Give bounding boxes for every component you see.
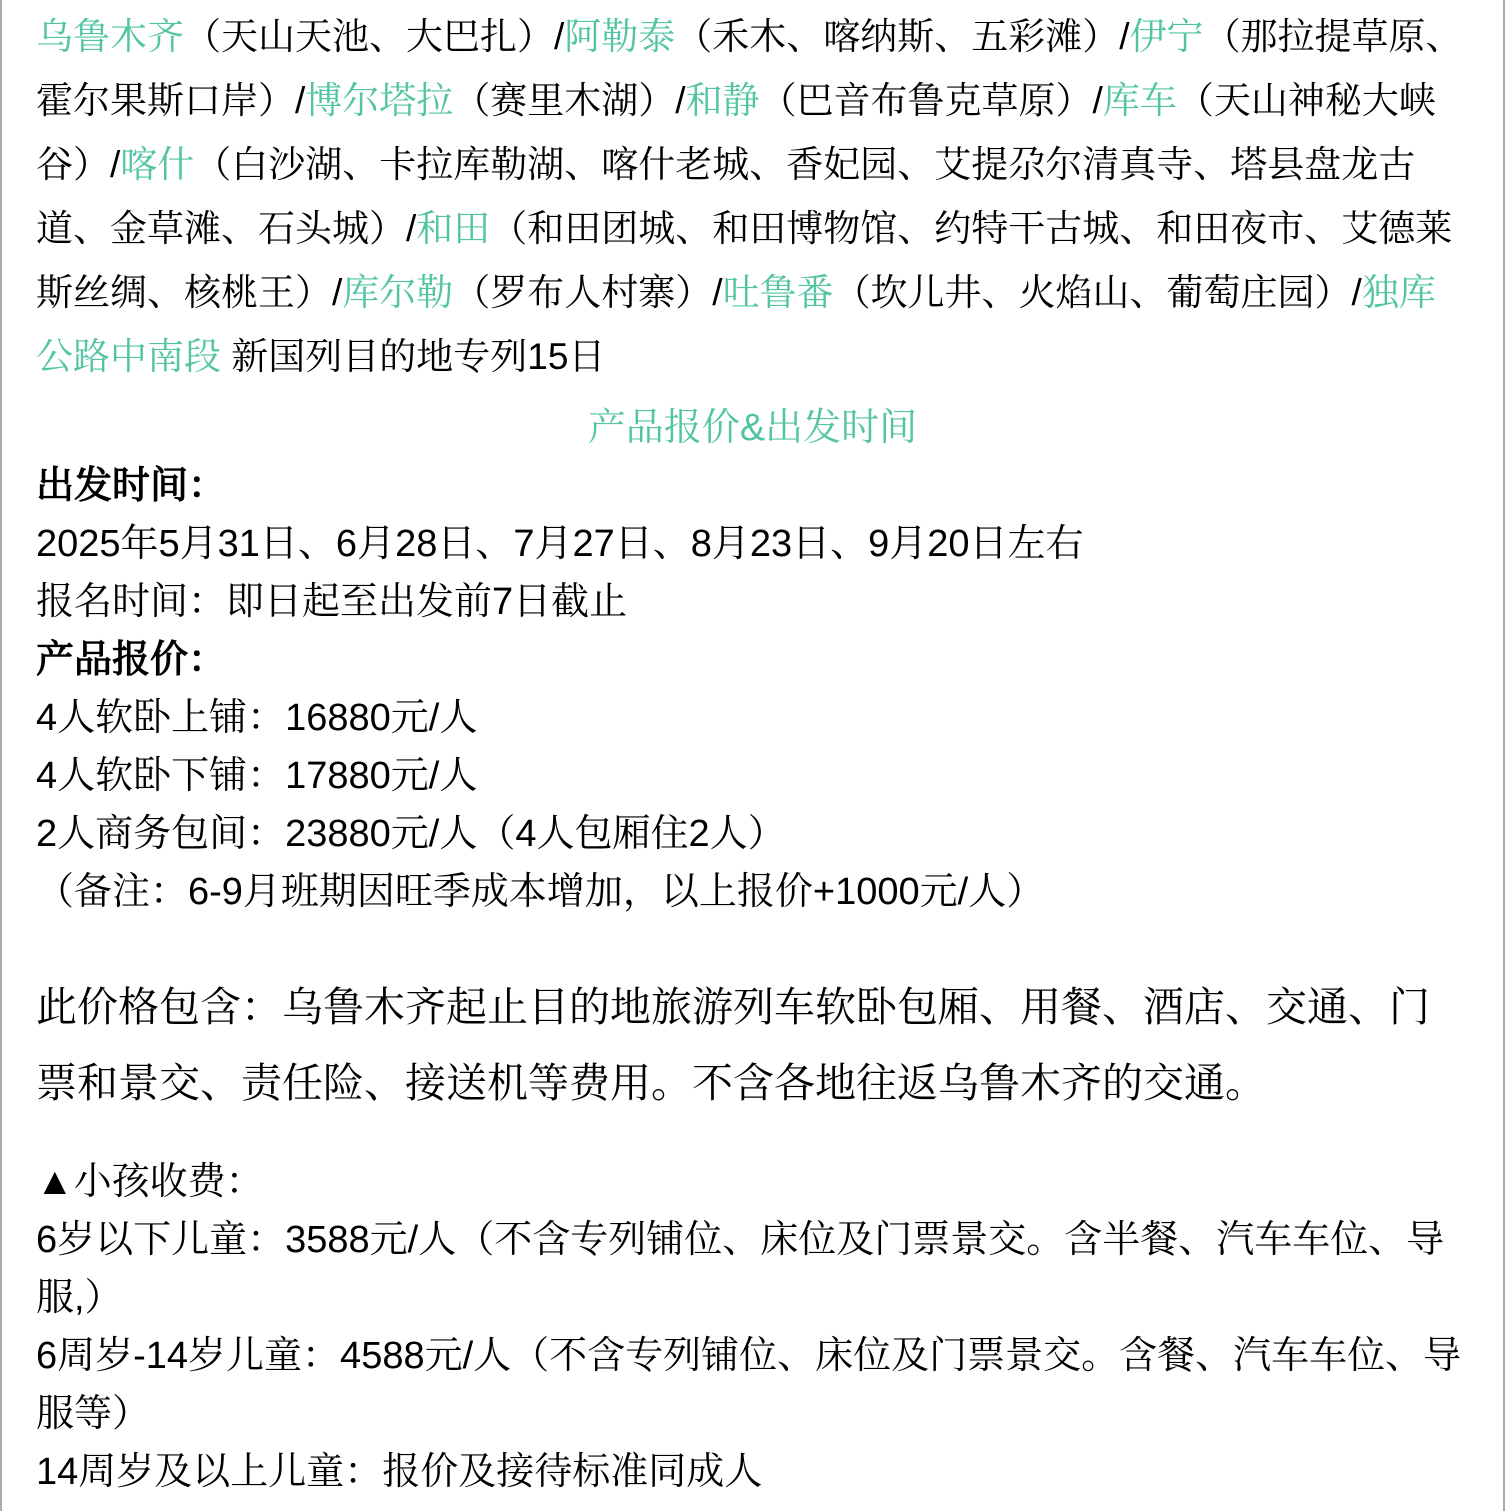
child-fee-under-6: 6岁以下儿童：3588元/人（不含专列铺位、床位及门票景交。含半餐、汽车车位、导…	[36, 1211, 1469, 1327]
destination-detail: （禾木、喀纳斯、五彩滩）/	[675, 16, 1129, 57]
destination-name: 乌鲁木齐	[36, 16, 184, 57]
departure-time-label: 出发时间：	[36, 457, 1469, 515]
destination-detail: （罗布人村寨）/	[453, 272, 722, 313]
price-includes-paragraph: 此价格包含：乌鲁木齐起止目的地旅游列车软卧包厢、用餐、酒店、交通、门票和景交、责…	[36, 969, 1469, 1121]
destination-detail: （坎儿井、火焰山、葡萄庄园）/	[834, 272, 1362, 313]
destination-name: 库车	[1103, 80, 1177, 121]
destination-name: 博尔塔拉	[305, 80, 453, 121]
signup-deadline: 报名时间：即日起至出发前7日截止	[36, 573, 1469, 631]
price-item-soft-sleeper-upper: 4人软卧上铺：16880元/人	[36, 689, 1469, 747]
price-peak-season-note: （备注：6-9月班期因旺季成本增加，以上报价+1000元/人）	[36, 863, 1469, 921]
destination-name: 吐鲁番	[723, 272, 834, 313]
price-label: 产品报价：	[36, 631, 1469, 689]
price-item-business-compartment: 2人商务包间：23880元/人（4人包厢住2人）	[36, 805, 1469, 863]
destination-name: 阿勒泰	[564, 16, 675, 57]
child-fee-6-to-14: 6周岁-14岁儿童：4588元/人（不含专列铺位、床位及门票景交。含餐、汽车车位…	[36, 1327, 1469, 1443]
destination-name: 和静	[686, 80, 760, 121]
child-fee-14-plus: 14周岁及以上儿童：报价及接待标准同成人	[36, 1443, 1469, 1501]
destination-detail: 新国列目的地专列15日	[221, 336, 605, 377]
destination-name: 库尔勒	[342, 272, 453, 313]
price-item-soft-sleeper-lower: 4人软卧下铺：17880元/人	[36, 747, 1469, 805]
child-fee-title: ▲小孩收费：	[36, 1153, 1469, 1211]
destination-name: 喀什	[120, 144, 194, 185]
destination-detail: （天山天池、大巴扎）/	[184, 16, 564, 57]
destination-detail: （赛里木湖）/	[453, 80, 685, 121]
section-heading-price-departure: 产品报价&出发时间	[36, 399, 1469, 457]
destination-name: 和田	[416, 208, 490, 249]
destination-name: 伊宁	[1130, 16, 1204, 57]
article-page: 乌鲁木齐（天山天池、大巴扎）/阿勒泰（禾木、喀纳斯、五彩滩）/伊宁（那拉提草原、…	[0, 0, 1505, 1511]
destination-detail: （巴音布鲁克草原）/	[760, 80, 1103, 121]
departure-dates: 2025年5月31日、6月28日、7月27日、8月23日、9月20日左右	[36, 515, 1469, 573]
destinations-paragraph: 乌鲁木齐（天山天池、大巴扎）/阿勒泰（禾木、喀纳斯、五彩滩）/伊宁（那拉提草原、…	[36, 5, 1469, 389]
